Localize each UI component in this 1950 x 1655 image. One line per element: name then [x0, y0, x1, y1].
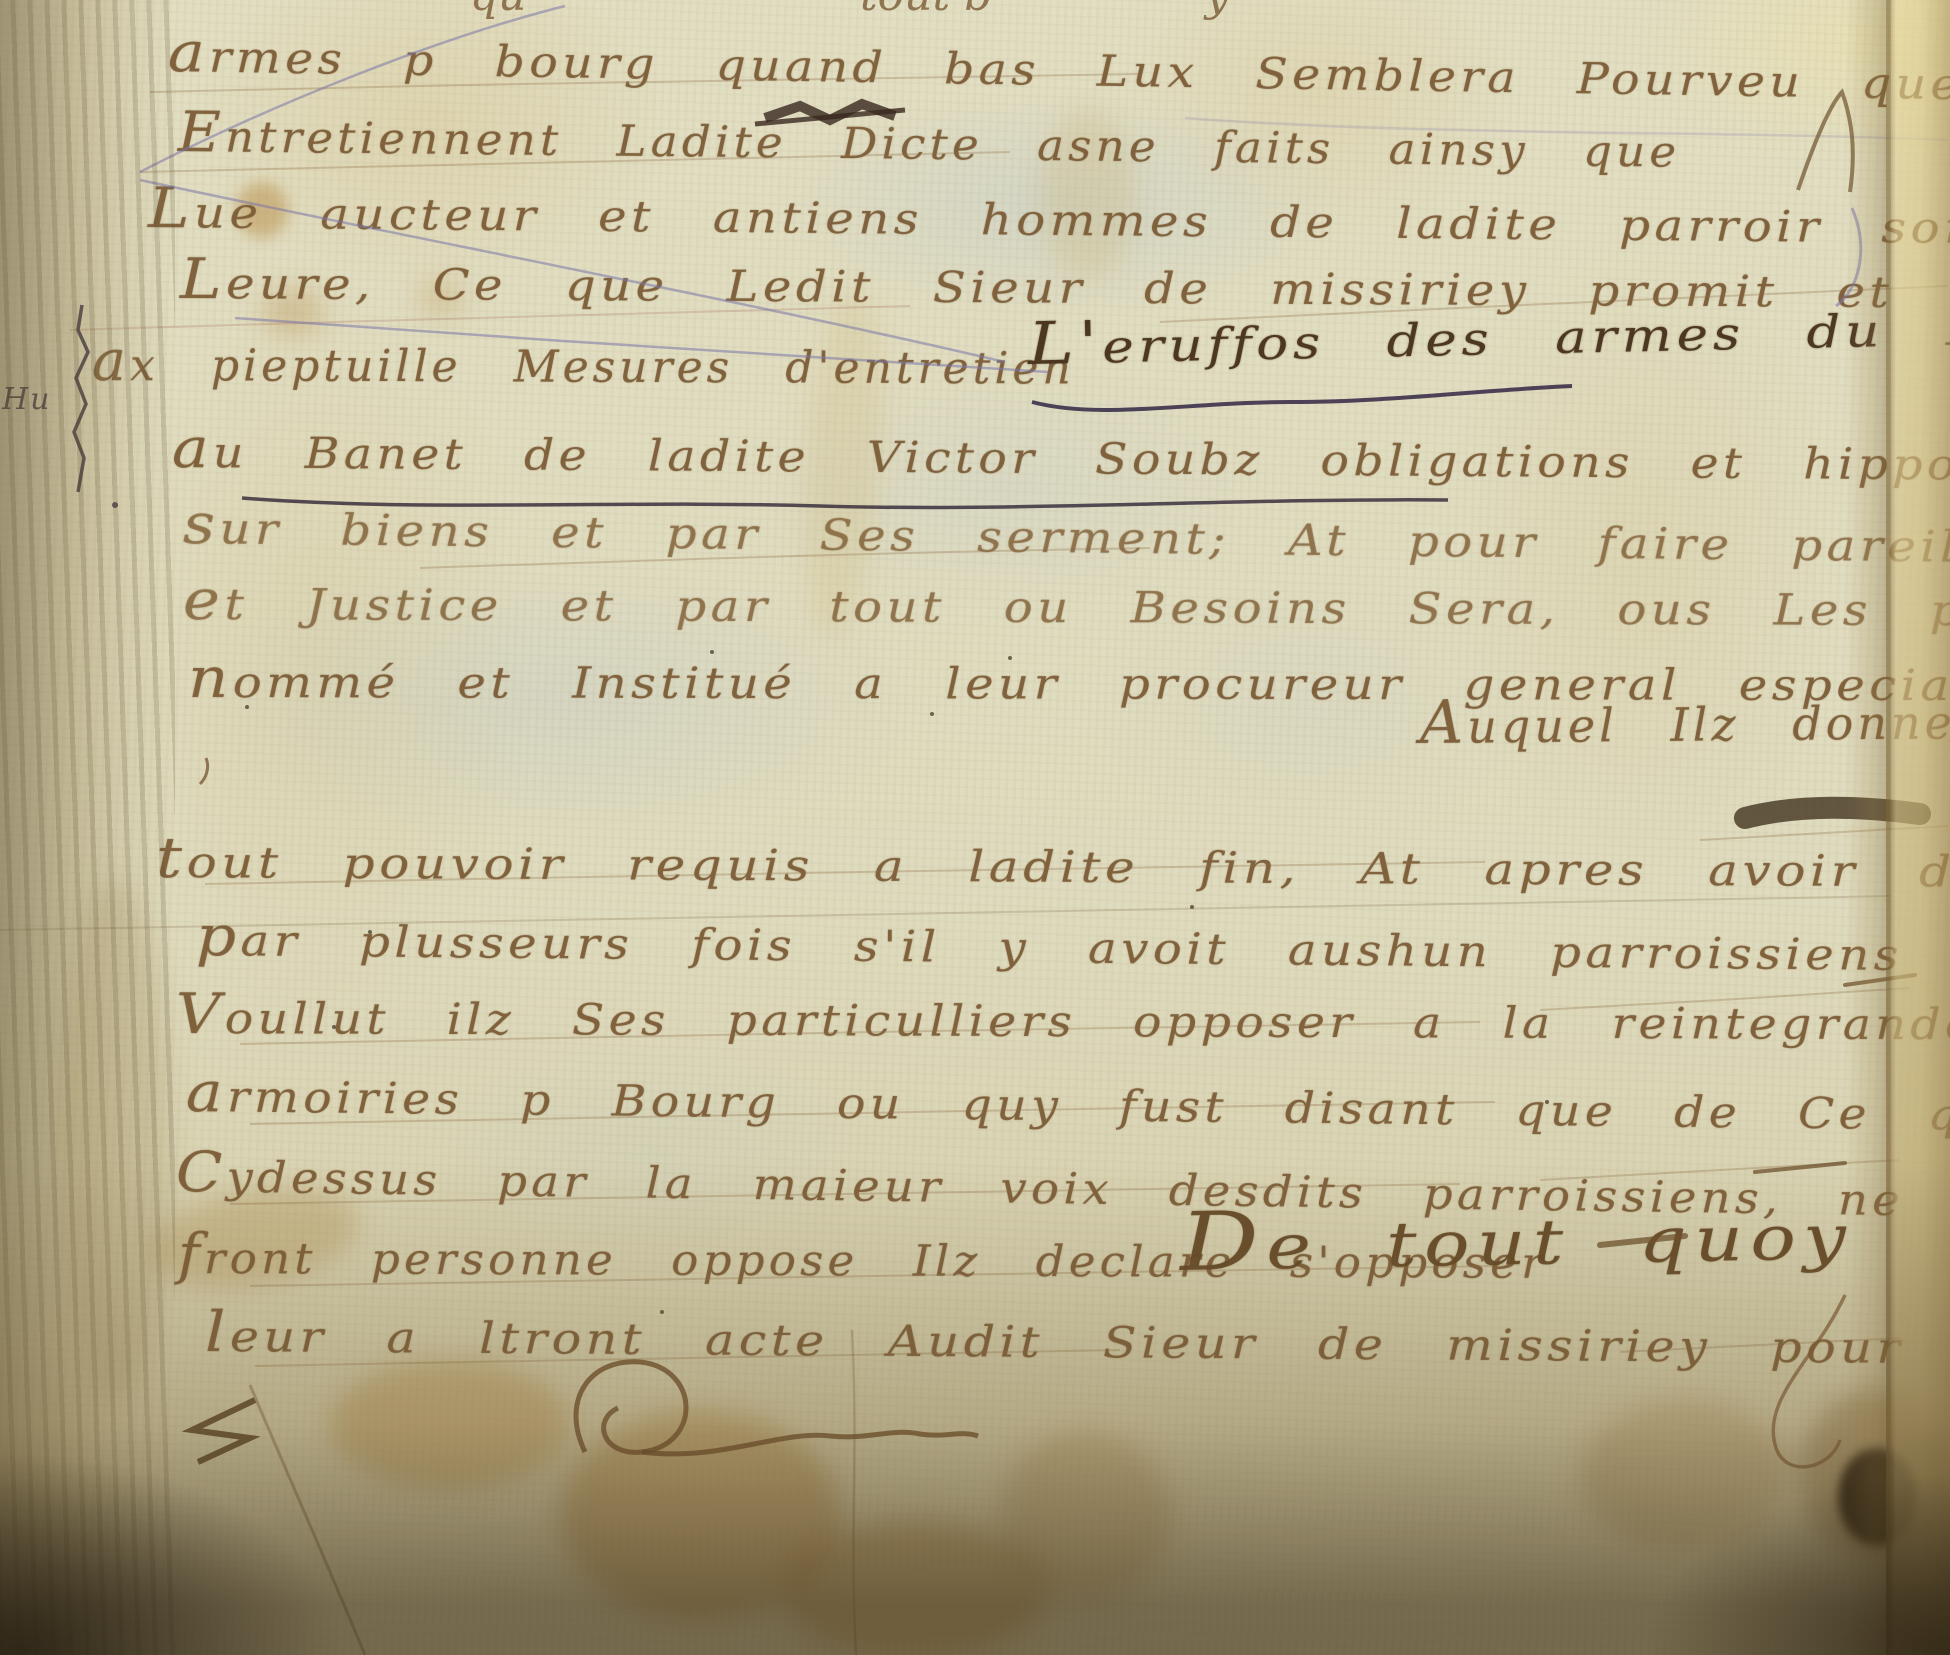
closing-phrase: De tout quoy	[1179, 1184, 1854, 1290]
ink-speck	[930, 712, 934, 716]
manuscript-line: et Justice et par tout ou Besoins Sera, …	[183, 568, 1950, 640]
manuscript-line: Voullut ilz Ses particulliers opposer a …	[176, 982, 1950, 1054]
comma-mark	[200, 758, 208, 784]
manuscript-line: armoiries p Bourg ou quy fust disant que…	[186, 1060, 1950, 1149]
manuscript-line: ax pieptuille Mesures d'entretien	[92, 328, 1075, 397]
zigzag-ink-mark	[192, 1400, 255, 1462]
manuscript-line: Entretiennent Ladite Dicte asne faits ai…	[178, 100, 1681, 181]
margin-brace	[74, 305, 88, 492]
manuscript-line: tout pouvoir requis a ladite fin, At apr…	[156, 826, 1950, 902]
manuscript-line: par plusseurs fois s'il y avoit aushun p…	[196, 904, 1950, 986]
stain	[1580, 1400, 1790, 1550]
manuscript-line: armes p bourg quand bas Lux Semblera Pou…	[167, 20, 1950, 113]
manuscript-line: Lue aucteur et antiens hommes de ladite …	[148, 176, 1950, 258]
manuscript-photo: qu tout b y armes p bourg quand bas Lux …	[0, 0, 1950, 1655]
text-fragment: tout b	[860, 0, 992, 21]
manuscript-line: Auquel Ilz donnent	[1420, 683, 1950, 758]
margin-note: Hu	[2, 382, 51, 417]
stain	[1000, 1430, 1170, 1600]
stain	[330, 1360, 570, 1490]
manuscript-line: sur biens et par Ses serment; At pour fa…	[183, 492, 1950, 580]
text-fragment: qu	[470, 0, 527, 21]
ink-blot	[1838, 1448, 1916, 1546]
manuscript-line: au Banet de ladite Victor Soubz obligati…	[172, 416, 1950, 497]
underline-armes-du-roy	[1032, 386, 1572, 410]
left-worn-edge	[0, 0, 175, 1655]
ink-speck	[1190, 905, 1194, 909]
margin-dot	[112, 502, 118, 508]
text-fragment: y	[1205, 0, 1230, 21]
stain	[60, 880, 170, 1400]
ink-smear	[1745, 808, 1920, 818]
